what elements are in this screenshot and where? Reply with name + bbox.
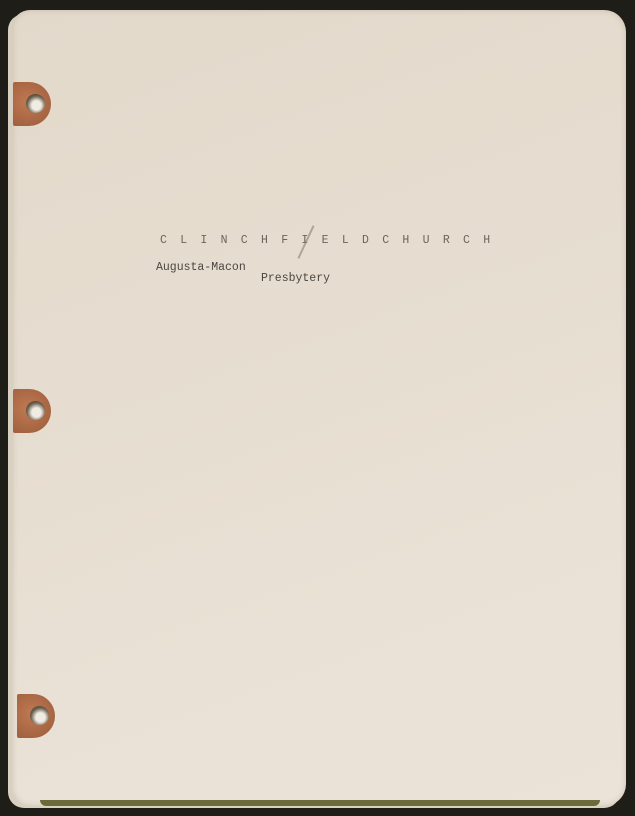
binding-hole: [26, 401, 45, 420]
document-title: C L I N C H F I E L D C H U R C H: [160, 234, 493, 247]
page-bottom-edge: [40, 800, 600, 806]
presbytery-label: Presbytery: [261, 272, 330, 285]
document-cover-page: [12, 10, 626, 806]
binding-hole: [30, 706, 49, 725]
binding-hole: [26, 94, 45, 113]
presbytery-name: Augusta-Macon: [156, 261, 246, 274]
